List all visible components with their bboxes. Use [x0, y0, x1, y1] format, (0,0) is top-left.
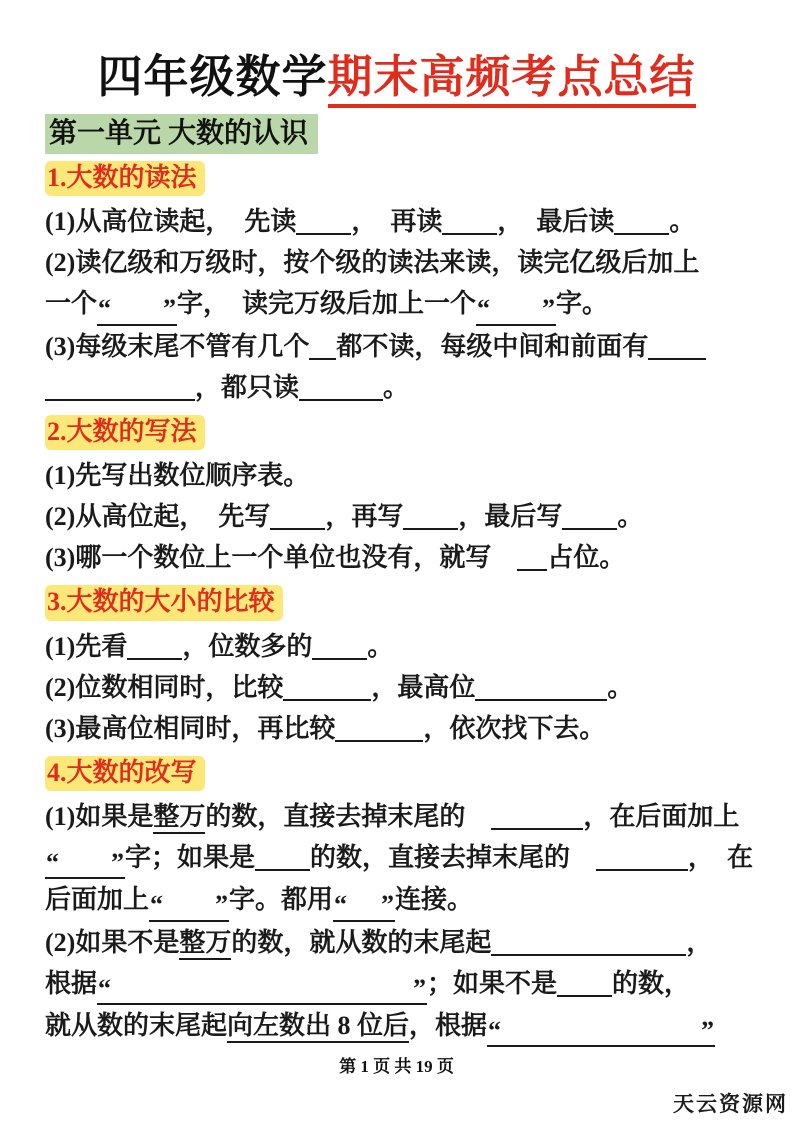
- page-title: 四年级数学期末高频考点总结: [0, 52, 793, 104]
- line-text: ， 在: [688, 843, 753, 872]
- blank-field: [517, 543, 547, 571]
- underlined-text: 整万: [153, 802, 205, 834]
- section-heading-label: 3.大数的大小的比较: [45, 585, 283, 621]
- quoted-blank-field: “”: [45, 850, 125, 879]
- blank-field: [335, 714, 423, 742]
- text-line: (2)从高位起， 先写，再写，最后写。: [45, 496, 749, 537]
- close-quote: ”: [541, 296, 556, 322]
- section-heading: 3.大数的大小的比较: [45, 585, 749, 621]
- line-text: 就从数的末尾起: [45, 1011, 227, 1040]
- section-heading-label: 1.大数的读法: [45, 161, 205, 197]
- watermark: 天云资源网: [673, 1088, 788, 1118]
- text-line: (2)读亿级和万级时，按个级的读法来读，读完亿级后加上: [45, 242, 749, 283]
- quoted-blank-field: “”: [487, 1018, 715, 1047]
- text-line: 根据“”；如果不是的数，: [45, 963, 749, 1005]
- text-line: (2)如果不是整万的数，就从数的末尾起，: [45, 922, 749, 963]
- line-text: 一个: [45, 289, 97, 318]
- line-text: ， 再读: [351, 207, 442, 236]
- close-quote: ”: [380, 892, 395, 918]
- text-line: (3)最高位相同时，再比较，依次找下去。: [45, 708, 749, 749]
- line-text: (2)如果不是: [45, 928, 179, 957]
- blank-field: [309, 332, 336, 360]
- quoted-blank-field: “”: [476, 296, 556, 325]
- blank-field: [312, 632, 367, 660]
- line-text: 。: [669, 207, 695, 236]
- blank-field: [296, 207, 351, 235]
- text-line: 一个“”字， 读完万级后加上一个“”字。: [45, 283, 749, 325]
- quoted-blank-field: “”: [149, 892, 229, 921]
- blank-field: [491, 928, 686, 956]
- section-heading-label: 2.大数的写法: [45, 415, 205, 451]
- line-text: (1)如果是: [45, 802, 153, 831]
- text-line: (3)哪一个数位上一个单位也没有，就写 占位。: [45, 537, 749, 578]
- blank-field: [614, 207, 669, 235]
- blank-field: [596, 843, 688, 871]
- line-text: (1)先看: [45, 632, 127, 661]
- line-text: ；如果不是: [427, 969, 557, 998]
- unit-header-row: 第一单元 大数的认识: [0, 104, 793, 154]
- line-text: 后面加上: [45, 885, 149, 914]
- section-heading: 4.大数的改写: [45, 756, 749, 792]
- open-quote: “: [487, 1018, 502, 1044]
- open-quote: “: [333, 892, 348, 918]
- text-line: (1)先看，位数多的。: [45, 626, 749, 667]
- blank-field: [648, 332, 706, 360]
- line-text: (2)位数相同时，比较: [45, 673, 283, 702]
- open-quote: “: [476, 296, 491, 322]
- open-quote: “: [97, 976, 112, 1002]
- line-text: 都不读，每级中间和前面有: [336, 332, 648, 361]
- line-text: ，再写: [325, 502, 403, 531]
- close-quote: ”: [700, 1018, 715, 1044]
- section-heading: 2.大数的写法: [45, 415, 749, 451]
- text-line: 就从数的末尾起向左数出 8 位后，根据“”: [45, 1005, 749, 1047]
- page-title-red: 期末高频考点总结: [328, 52, 696, 108]
- close-quote: ”: [214, 892, 229, 918]
- line-text: 字。都用: [229, 885, 333, 914]
- text-line: (2)位数相同时，比较，最高位。: [45, 667, 749, 708]
- line-text: 连接。: [395, 885, 473, 914]
- line-text: (2)读亿级和万级时，按个级的读法来读，读完亿级后加上: [45, 248, 699, 277]
- blank-field: [45, 373, 195, 401]
- line-text: (1)从高位读起， 先读: [45, 207, 296, 236]
- line-text: 字；如果是: [125, 843, 255, 872]
- open-quote: “: [149, 892, 164, 918]
- blank-field: [255, 843, 310, 871]
- line-text: 字， 读完万级后加上一个: [177, 289, 476, 318]
- line-text: ，在后面加上: [583, 802, 739, 831]
- line-text: ，根据: [409, 1011, 487, 1040]
- line-text: (3)最高位相同时，再比较: [45, 714, 335, 743]
- line-text: 。: [607, 673, 633, 702]
- close-quote: ”: [162, 296, 177, 322]
- line-text: ， 最后读: [497, 207, 614, 236]
- close-quote: ”: [412, 976, 427, 1002]
- line-text: (1)先写出数位顺序表。: [45, 461, 309, 490]
- sections: 1.大数的读法(1)从高位读起， 先读， 再读， 最后读。(2)读亿级和万级时，…: [45, 161, 749, 1047]
- text-line: (3)每级末尾不管有几个都不读，每级中间和前面有: [45, 326, 749, 367]
- worksheet-page: 四年级数学期末高频考点总结 第一单元 大数的认识 1.大数的读法(1)从高位读起…: [0, 0, 793, 1121]
- blank-field: [557, 969, 612, 997]
- line-text: 。: [367, 632, 393, 661]
- quoted-blank-field: “”: [97, 296, 177, 325]
- text-line: (1)从高位读起， 先读， 再读， 最后读。: [45, 201, 749, 242]
- text-line: (1)先写出数位顺序表。: [45, 455, 749, 496]
- open-quote: “: [97, 296, 112, 322]
- text-line: 后面加上“”字。都用“”连接。: [45, 879, 749, 921]
- section-heading: 1.大数的读法: [45, 161, 749, 197]
- open-quote: “: [45, 850, 60, 876]
- line-text: 的数，: [612, 969, 690, 998]
- line-text: (2)从高位起， 先写: [45, 502, 270, 531]
- line-text: (3)哪一个数位上一个单位也没有，就写: [45, 543, 517, 572]
- blank-field: [283, 673, 371, 701]
- line-text: 占位。: [547, 543, 625, 572]
- line-text: ，: [686, 928, 712, 957]
- line-text: ，依次找下去。: [423, 714, 605, 743]
- text-line: (1)如果是整万的数，直接去掉末尾的 ，在后面加上: [45, 796, 749, 837]
- blank-field: [299, 373, 383, 401]
- text-line: “”字；如果是的数，直接去掉末尾的 ， 在: [45, 837, 749, 879]
- blank-field: [270, 502, 325, 530]
- blank-field: [403, 502, 458, 530]
- blank-field: [442, 207, 497, 235]
- text-line: ，都只读。: [45, 367, 749, 408]
- line-text: 的数，直接去掉末尾的: [310, 843, 596, 872]
- line-text: ，位数多的: [182, 632, 312, 661]
- blank-field: [491, 802, 583, 830]
- page-number: 第 1 页 共 19 页: [0, 1052, 793, 1077]
- page-title-black: 四年级数学: [97, 52, 327, 102]
- line-text: 的数，直接去掉末尾的: [205, 802, 491, 831]
- section-heading-label: 4.大数的改写: [45, 756, 205, 792]
- blank-field: [475, 673, 607, 701]
- line-text: 。: [617, 502, 643, 531]
- line-text: ，最高位: [371, 673, 475, 702]
- line-text: 。: [383, 373, 409, 402]
- line-text: 根据: [45, 969, 97, 998]
- quoted-blank-field: “”: [97, 976, 427, 1005]
- blank-field: [562, 502, 617, 530]
- line-text: (3)每级末尾不管有几个: [45, 332, 309, 361]
- line-text: 字。: [556, 289, 608, 318]
- line-text: ，都只读: [195, 373, 299, 402]
- underlined-text: 整万: [179, 928, 231, 960]
- unit-header: 第一单元 大数的认识: [45, 114, 318, 154]
- close-quote: ”: [110, 850, 125, 876]
- blank-field: [127, 632, 182, 660]
- line-text: ，最后写: [458, 502, 562, 531]
- quoted-blank-field: “”: [333, 892, 395, 921]
- underlined-text: 向左数出 8 位后: [227, 1011, 409, 1043]
- line-text: 的数，就从数的末尾起: [231, 928, 491, 957]
